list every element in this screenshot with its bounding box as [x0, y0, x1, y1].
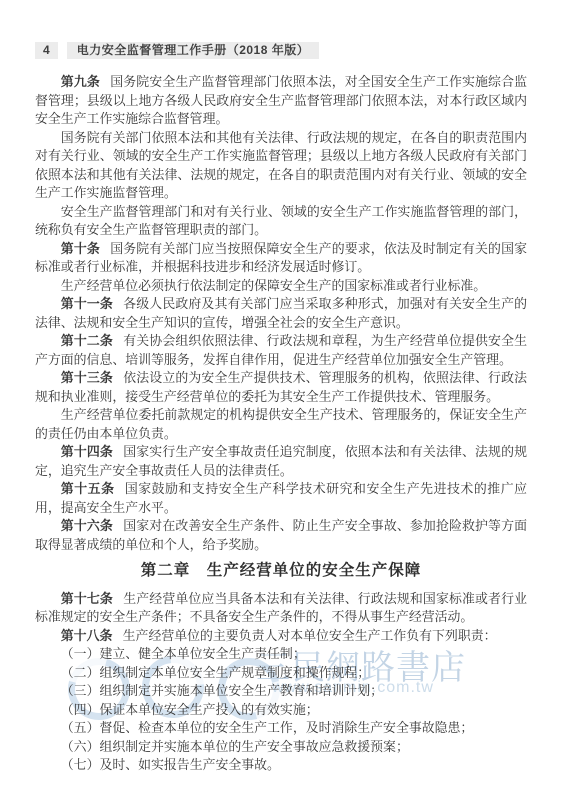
paragraph-article-16: 第十六条国家对在改善安全生产条件、防止生产安全事故、参加抢险救护等方面取得显著成…: [35, 517, 527, 554]
chapter-heading: 第二章 生产经营单位的安全生产保障: [35, 562, 527, 581]
list-item-text: （三）组织制定并实施本单位安全生产教育和培训计划；: [61, 684, 383, 698]
list-item: （二）组织制定本单位安全生产规章制度和操作规程；: [35, 664, 527, 683]
list-item: （六）组织制定并实施本单位的生产安全事故应急救援预案；: [35, 738, 527, 757]
article-number-label: 第十五条: [61, 482, 115, 496]
paragraph-article-11: 第十一条各级人民政府及其有关部门应当采取多种形式，加强对有关安全生产的法律、法规…: [35, 295, 527, 332]
paragraph-text: 生产经营单位必须执行依法制定的保障安全生产的国家标准或者行业标准。: [61, 279, 486, 293]
list-item: （一）建立、健全本单位安全生产责任制；: [35, 645, 527, 664]
article-text: 生产经营单位的主要负责人对本单位安全生产工作负有下列职责：: [123, 629, 497, 643]
paragraph-article-13: 第十三条依法设立的为安全生产提供技术、管理服务的机构，依照法律、行政法规和执业准…: [35, 369, 527, 406]
list-item-text: （五）督促、检查本单位的安全生产工作，及时消除生产安全事故隐患；: [61, 721, 474, 735]
document-body: 第九条国务院安全生产监督管理部门依照本法，对全国安全生产工作实施综合监督管理；县…: [35, 73, 527, 775]
page-header: 4 电力安全监督管理工作手册（2018 年版）: [35, 42, 319, 59]
paragraph-text: 国务院有关部门依照本法和其他有关法律、行政法规的规定，在各自的职责范围内对有关行…: [35, 131, 527, 201]
paragraph: 国务院有关部门依照本法和其他有关法律、行政法规的规定，在各自的职责范围内对有关行…: [35, 129, 527, 203]
paragraph-article-14: 第十四条国家实行生产安全事故责任追究制度，依照本法和有关法律、法规的规定，追究生…: [35, 443, 527, 480]
paragraph-article-18: 第十八条生产经营单位的主要负责人对本单位安全生产工作负有下列职责：: [35, 627, 527, 646]
list-item-text: （二）组织制定本单位安全生产规章制度和操作规程；: [61, 666, 370, 680]
list-item-text: （六）组织制定并实施本单位的生产安全事故应急救援预案；: [61, 740, 409, 754]
article-text: 国务院有关部门应当按照保障安全生产的要求，依法及时制定有关的国家标准或者行业标准…: [35, 242, 527, 275]
list-item: （三）组织制定并实施本单位安全生产教育和培训计划；: [35, 682, 527, 701]
article-number-label: 第十七条: [61, 592, 113, 606]
book-title: 电力安全监督管理工作手册（2018 年版）: [67, 42, 320, 59]
article-number-label: 第九条: [61, 75, 100, 89]
article-number-label: 第十八条: [61, 629, 113, 643]
list-item-text: （四）保证本单位安全生产投入的有效实施；: [61, 703, 319, 717]
paragraph-article-9: 第九条国务院安全生产监督管理部门依照本法，对全国安全生产工作实施综合监督管理；县…: [35, 73, 527, 129]
paragraph: 生产经营单位必须执行依法制定的保障安全生产的国家标准或者行业标准。: [35, 277, 527, 296]
article-number-label: 第十三条: [61, 371, 113, 385]
page-number: 4: [35, 42, 58, 59]
paragraph-text: 安全生产监督管理部门和对有关行业、领域的安全生产工作实施监督管理的部门，统称负有…: [35, 205, 527, 238]
article-number-label: 第十一条: [61, 297, 113, 311]
article-number-label: 第十二条: [61, 334, 113, 348]
paragraph-article-15: 第十五条国家鼓励和支持安全生产科学技术研究和安全生产先进技术的推广应用，提高安全…: [35, 480, 527, 517]
paragraph-article-12: 第十二条有关协会组织依照法律、行政法规和章程，为生产经营单位提供安全生产方面的信…: [35, 332, 527, 369]
article-number-label: 第十六条: [61, 519, 113, 533]
list-item-text: （七）及时、如实报告生产安全事故。: [61, 758, 280, 772]
paragraph-text: 生产经营单位委托前款规定的机构提供安全生产技术、管理服务的，保证安全生产的责任仍…: [35, 408, 527, 441]
article-text: 国务院安全生产监督管理部门依照本法，对全国安全生产工作实施综合监督管理；县级以上…: [35, 75, 527, 126]
list-item-text: （一）建立、健全本单位安全生产责任制；: [61, 647, 306, 661]
paragraph: 生产经营单位委托前款规定的机构提供安全生产技术、管理服务的，保证安全生产的责任仍…: [35, 406, 527, 443]
list-item: （五）督促、检查本单位的安全生产工作，及时消除生产安全事故隐患；: [35, 719, 527, 738]
list-item: （四）保证本单位安全生产投入的有效实施；: [35, 701, 527, 720]
article-number-label: 第十四条: [61, 445, 113, 459]
list-item: （七）及时、如实报告生产安全事故。: [35, 756, 527, 775]
paragraph-article-17: 第十七条生产经营单位应当具备本法和有关法律、行政法规和国家标准或者行业标准规定的…: [35, 590, 527, 627]
article-number-label: 第十条: [61, 242, 100, 256]
paragraph-article-10: 第十条国务院有关部门应当按照保障安全生产的要求，依法及时制定有关的国家标准或者行…: [35, 240, 527, 277]
paragraph: 安全生产监督管理部门和对有关行业、领域的安全生产工作实施监督管理的部门，统称负有…: [35, 203, 527, 240]
